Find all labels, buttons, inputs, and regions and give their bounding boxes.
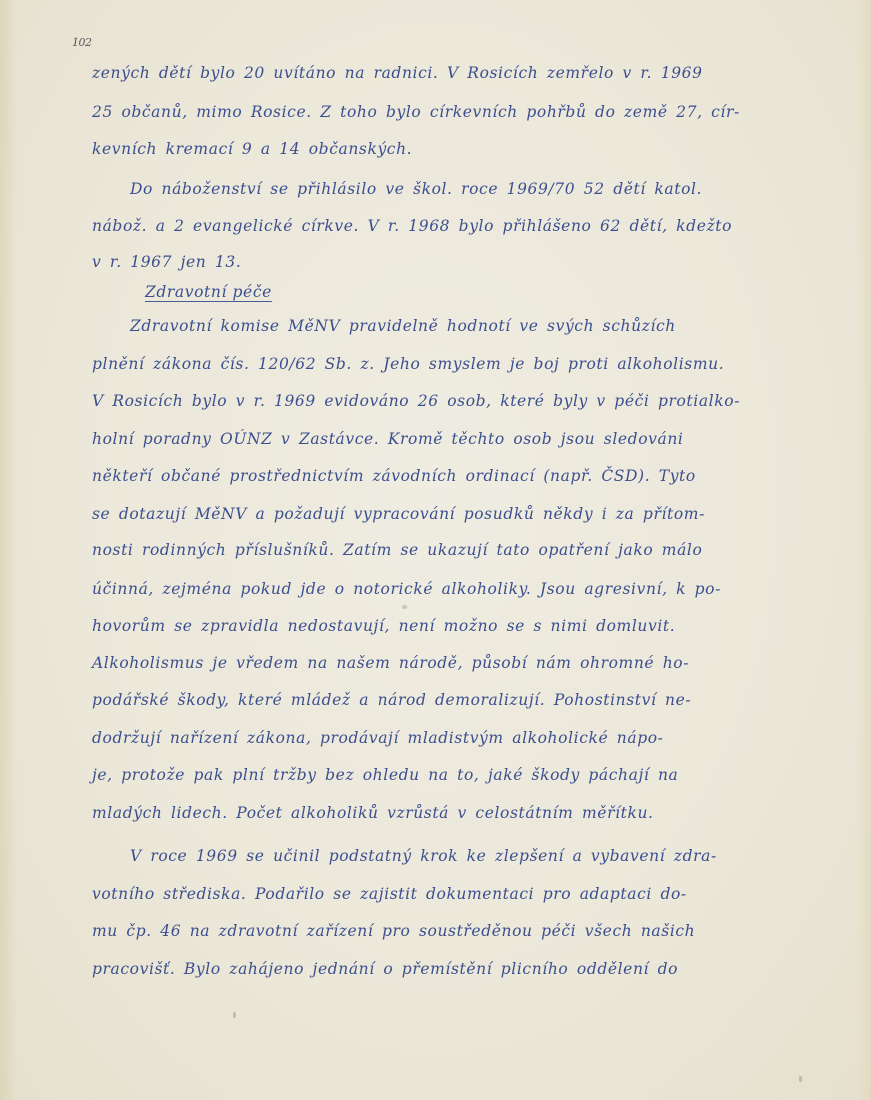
text-line: kevních kremací 9 a 14 občanských.	[92, 140, 412, 158]
text-line: se dotazují MěNV a požadují vypracování …	[92, 505, 705, 523]
text-line: Do náboženství se přihlásilo ve škol. ro…	[130, 180, 702, 198]
paper-speck	[233, 1012, 236, 1018]
text-line: je, protože pak plní tržby bez ohledu na…	[92, 766, 678, 784]
paper-speck	[799, 1076, 802, 1082]
text-line: hovorům se zpravidla nedostavují, není m…	[92, 617, 675, 635]
paper-speck	[402, 605, 407, 609]
text-line: V Rosicích bylo v r. 1969 evidováno 26 o…	[92, 392, 740, 410]
text-line: Alkoholismus je vředem na našem národě, …	[92, 654, 689, 672]
text-line: podářské škody, které mládež a národ dem…	[92, 691, 691, 709]
handwritten-chronicle-page: 102 zených dětí bylo 20 uvítáno na radni…	[0, 0, 871, 1100]
text-line: mladých lidech. Počet alkoholiků vzrůstá…	[92, 804, 654, 822]
text-line: účinná, zejména pokud jde o notorické al…	[92, 580, 721, 598]
text-line: plnění zákona čís. 120/62 Sb. z. Jeho sm…	[92, 355, 724, 373]
text-line: V roce 1969 se učinil podstatný krok ke …	[130, 847, 717, 865]
text-line: nosti rodinných příslušníků. Zatím se uk…	[92, 541, 702, 559]
text-line: pracovišť. Bylo zahájeno jednání o přemí…	[92, 960, 678, 978]
text-line: dodržují nařízení zákona, prodávají mlad…	[92, 729, 663, 747]
text-line: v r. 1967 jen 13.	[92, 253, 241, 271]
text-line: Zdravotní komise MěNV pravidelně hodnotí…	[130, 317, 676, 335]
text-line: zených dětí bylo 20 uvítáno na radnici. …	[92, 64, 703, 82]
text-line: holní poradny OÚNZ v Zastávce. Kromě těc…	[92, 430, 683, 448]
text-line: nábož. a 2 evangelické církve. V r. 1968…	[92, 217, 732, 235]
section-heading: Zdravotní péče	[145, 283, 272, 301]
page-number: 102	[72, 36, 92, 49]
text-line: 25 občanů, mimo Rosice. Z toho bylo círk…	[92, 103, 740, 121]
text-line: mu čp. 46 na zdravotní zařízení pro sous…	[92, 922, 695, 940]
text-line: votního střediska. Podařilo se zajistit …	[92, 885, 687, 903]
text-line: někteří občané prostřednictvím závodních…	[92, 467, 696, 485]
